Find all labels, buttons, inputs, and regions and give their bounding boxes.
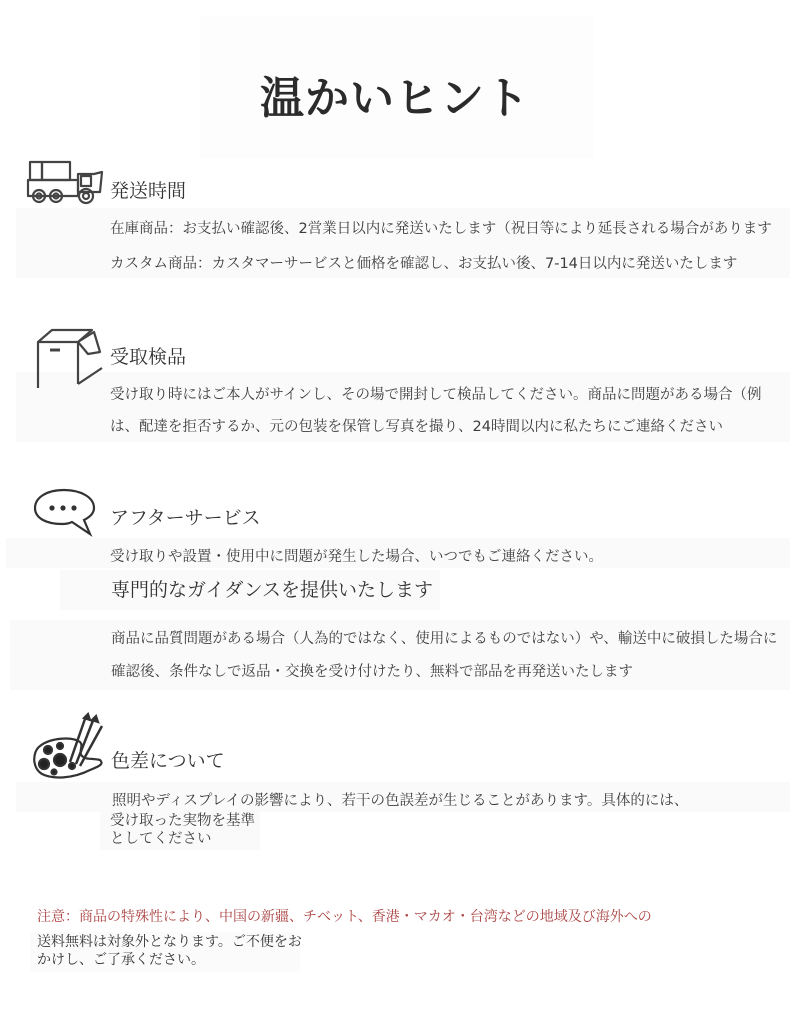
shipping-line-1: 在庫商品：お支払い確認後、2営業日以内に発送いたします（祝日等により延長される場…	[110, 217, 772, 238]
notice-line-2: かけし、ご了承ください。	[37, 951, 205, 969]
page-title: 温かいヒント	[0, 62, 790, 126]
section-heading-color: 色差について	[111, 746, 225, 773]
color-line-2: 受け取った実物を基準	[110, 812, 255, 830]
section-heading-aftersales: アフターサービス	[110, 503, 261, 530]
shipping-line-2: カスタム商品：カスタマーサービスと価格を確認し、お支払い後、7-14日以内に発送…	[110, 252, 737, 273]
section-heading-inspection: 受取検品	[110, 342, 186, 369]
notice-line-1: 送料無料は対象外となります。ご不便をお	[37, 933, 302, 951]
aftersales-line-1: 受け取りや設置・使用中に問題が発生した場合、いつでもご連絡ください。	[110, 545, 603, 566]
section-heading-shipping: 発送時間	[110, 176, 186, 203]
inspection-line-2: は、配達を拒否するか、元の包装を保管し写真を撮り、24時間以内に私たちにご連絡く…	[110, 415, 723, 436]
paint-palette-icon	[30, 712, 110, 784]
aftersales-line-2: 商品に品質問題がある場合（人為的ではなく、使用によるものではない）や、輸送中に破…	[111, 627, 777, 648]
aftersales-subheading: 専門的なガイダンスを提供いたします	[111, 575, 433, 602]
box-icon	[32, 326, 106, 392]
inspection-line-1: 受け取り時にはご本人がサインし、その場で開封して検品してください。商品に問題があ…	[110, 383, 761, 404]
aftersales-line-3: 確認後、条件なしで返品・交換を受け付けたり、無料で部品を再発送いたします	[111, 660, 633, 681]
color-line-1: 照明やディスプレイの影響により、若干の色誤差が生じることがあります。具体的には、	[112, 789, 688, 810]
color-line-3: としてください	[110, 830, 212, 848]
notice-red-text: 注意：商品の特殊性により、中国の新疆、チベット、香港・マカオ・台湾などの地域及び…	[37, 906, 652, 926]
truck-icon	[26, 160, 106, 208]
chat-bubble-icon	[32, 486, 98, 538]
